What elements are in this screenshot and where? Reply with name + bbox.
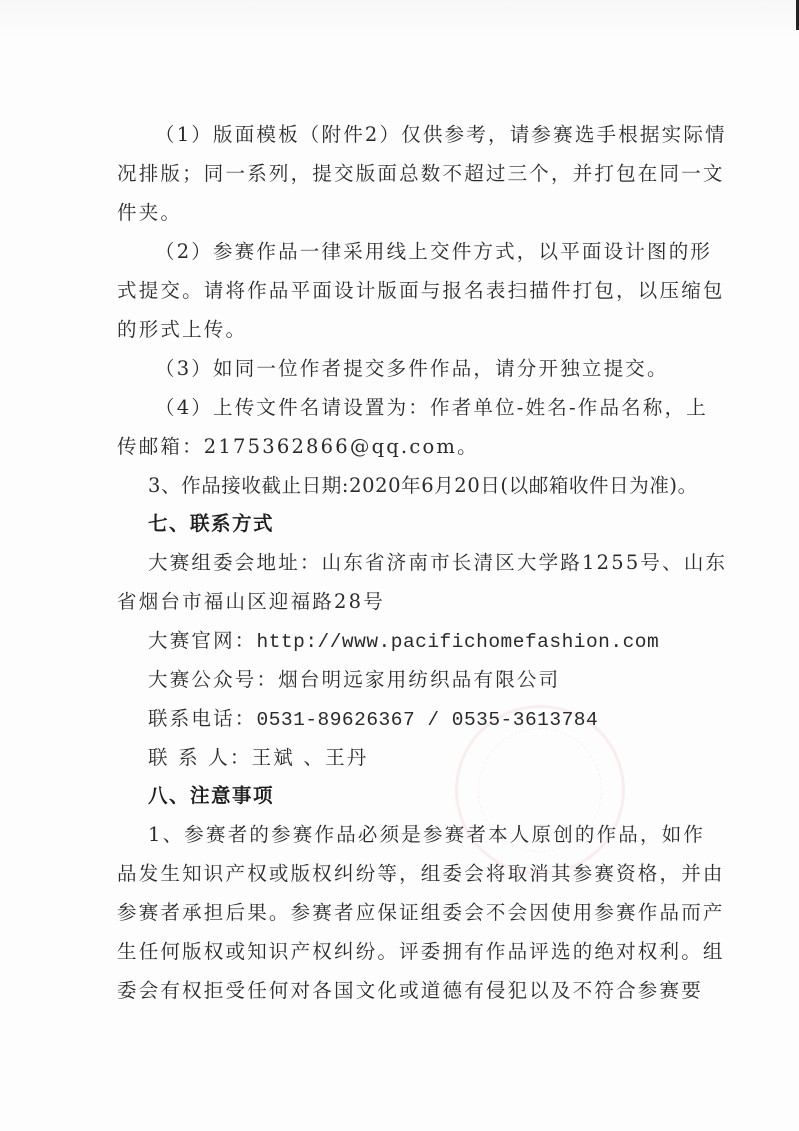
section-7-heading: 七、联系方式 xyxy=(148,512,274,536)
item-4-line-2: 传邮箱：2175362866@qq.com。 xyxy=(117,435,479,459)
deadline-line: 3、作品接收截止日期:2020年6月20日(以邮箱收件日为准)。 xyxy=(148,474,698,498)
wechat-row: 大赛公众号：烟台明远家用纺织品有限公司 xyxy=(148,668,560,692)
website-label: 大赛官网： xyxy=(148,629,257,652)
section-8-heading: 八、注意事项 xyxy=(148,784,274,808)
contact-label: 联 系 人： xyxy=(148,746,252,769)
phone-numbers: 0531-89626367 / 0535-3613784 xyxy=(257,709,599,731)
notice-1-line-5: 委会有权拒受任何对各国文化或道德有侵犯以及不符合参赛要 xyxy=(117,979,703,1003)
contact-row: 联 系 人：王斌 、王丹 xyxy=(148,746,369,770)
item-3-line-1: （3）如同一位作者提交多件作品，请分开独立提交。 xyxy=(155,357,669,381)
item-2-line-1: （2）参赛作品一律采用线上交件方式，以平面设计图的形 xyxy=(155,240,712,264)
item-1-line-3: 件夹。 xyxy=(117,201,182,225)
item-2-line-3: 的形式上传。 xyxy=(117,318,247,342)
wechat-label: 大赛公众号： xyxy=(148,668,278,691)
wechat-account: 烟台明远家用纺织品有限公司 xyxy=(278,668,560,691)
address-line-2: 省烟台市福山区迎福路28号 xyxy=(117,590,385,614)
notice-1-line-3: 参赛者承担后果。参赛者应保证组委会不会因使用参赛作品而产 xyxy=(117,901,725,925)
phone-label: 联系电话： xyxy=(148,707,257,730)
website-link[interactable]: http://www.pacifichomefashion.com xyxy=(257,631,660,653)
phone-row: 联系电话：0531-89626367 / 0535-3613784 xyxy=(148,707,598,732)
item-4-line-1: （4）上传文件名请设置为：作者单位-姓名-作品名称，上 xyxy=(155,396,708,420)
notice-1-line-4: 生任何版权或知识产权纠纷。评委拥有作品评选的绝对权利。组 xyxy=(117,940,725,964)
item-2-line-2: 式提交。请将作品平面设计版面与报名表扫描件打包，以压缩包 xyxy=(117,279,725,303)
notice-1-line-2: 品发生知识产权或版权纠纷等，组委会将取消其参赛资格，并由 xyxy=(117,862,725,886)
scanned-page: （1）版面模板（附件2）仅供参考，请参赛选手根据实际情 况排版；同一系列，提交版… xyxy=(0,0,799,1131)
item-1-line-1: （1）版面模板（附件2）仅供参考，请参赛选手根据实际情 xyxy=(155,123,727,147)
notice-1-line-1: 1、参赛者的参赛作品必须是参赛者本人原创的作品，如作 xyxy=(148,823,705,847)
item-1-line-2: 况排版；同一系列，提交版面总数不超过三个，并打包在同一文 xyxy=(117,162,725,186)
contact-names: 王斌 、王丹 xyxy=(252,746,369,769)
website-row: 大赛官网：http://www.pacifichomefashion.com xyxy=(148,629,659,654)
address-line-1: 大赛组委会地址：山东省济南市长清区大学路1255号、山东 xyxy=(148,551,727,575)
